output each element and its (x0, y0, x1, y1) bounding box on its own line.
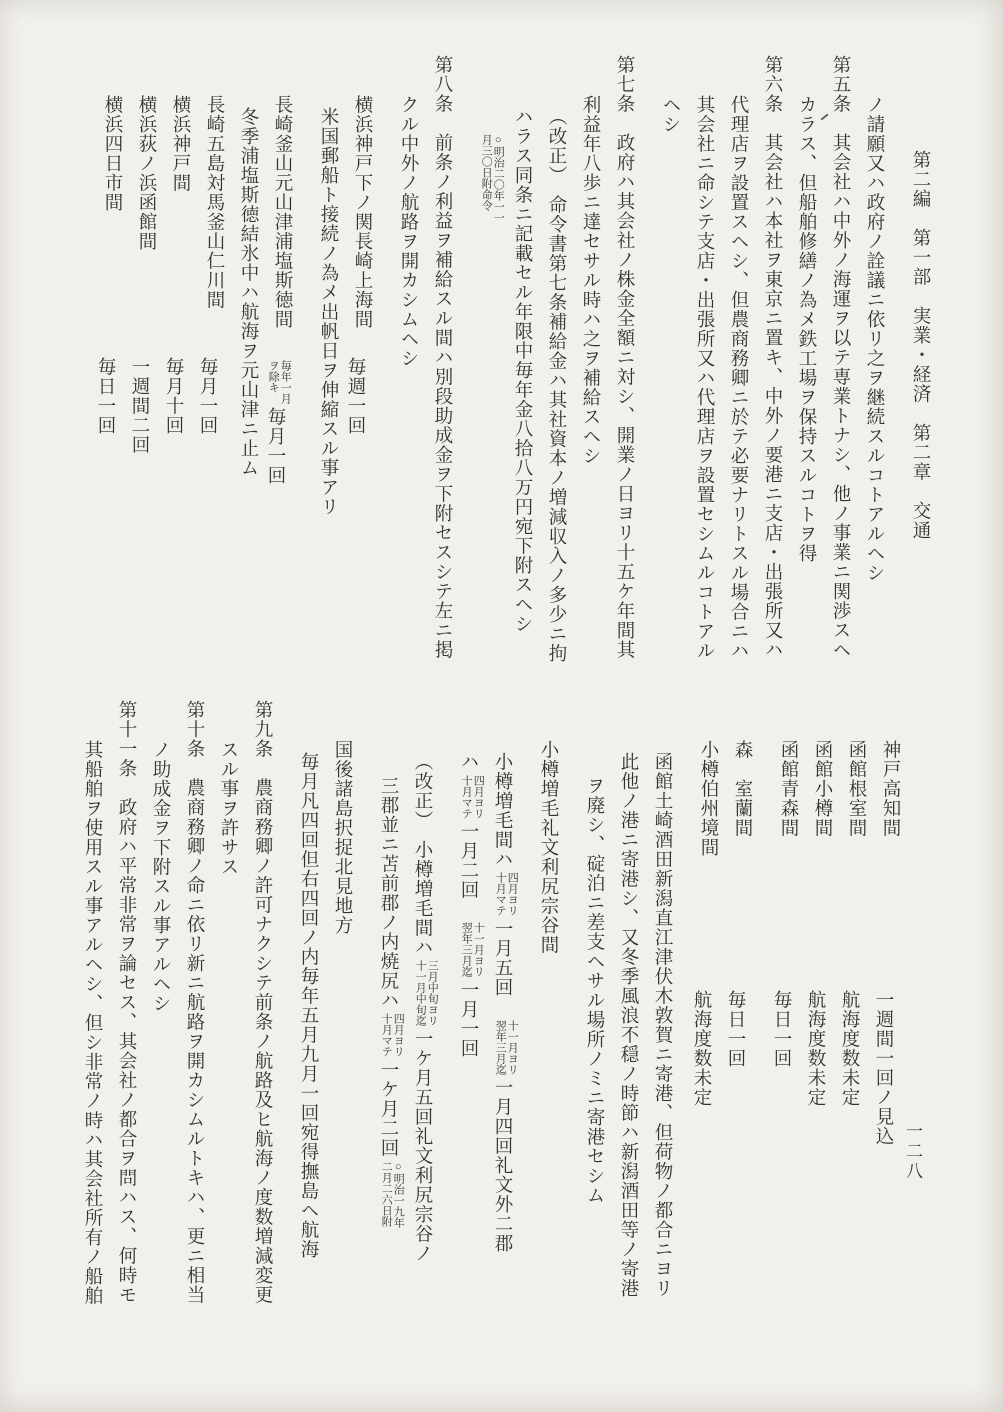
inline-small-note: 三月中旬ヨリ十一月中旬迄 (414, 960, 438, 1026)
route-column: 横浜神戸下ノ関長崎上海間毎週一回 (345, 55, 379, 677)
frequency-label: 航海度数未定 (684, 990, 718, 1107)
article-column: 第六条 其会社ハ本社ヲ東京ニ置キ、中外ノ要港ニ支店・出張所又ハ (755, 55, 789, 677)
route-column: 小樽増毛礼文利尻宗谷間 (531, 700, 565, 1338)
article-column: 第九条 農商務卿ノ許可ナクシテ前条ノ航路及ヒ航海ノ度数増減変更 (245, 700, 279, 1338)
note-column: 毎月凡四回但右四回ノ内毎年五月九月一回宛得撫島ヘ航海 (291, 700, 325, 1338)
page-header: 第二編 第一部 実業・経済 第二章 交通 (903, 55, 937, 677)
route-column: 小樽伯州境間航海度数未定 (691, 700, 725, 1338)
note-column: （改正） 命令書第七条補給金ハ其社資本ノ増減収入ノ多少ニ拘 (539, 55, 573, 677)
route-column: 函館根室間航海度数未定 (839, 700, 873, 1338)
text-column: ノ助成金ヲ下附スル事アルヘシ (143, 700, 177, 1338)
note-column: ヲ廃シ、碇泊ニ差支ヘサル場所ノミニ寄港セシム (577, 700, 611, 1338)
inline-small-note: 十一月ヨリ翌年三月迄 (494, 1020, 518, 1075)
frequency-label: 毎日一回 (88, 357, 122, 435)
note-column: 三郡並ニ苫前郡ノ内焼尻ハ四月ヨリ十月マテ一ケ月二回○明治一九年二月二六日附 (371, 700, 405, 1338)
article-column: 第十一条 政府ハ平常非常ヲ論セス、其会社ノ都合ヲ問ハス、何時モ (109, 700, 143, 1338)
text-column: スル事ヲ許サス (211, 700, 245, 1338)
article-column: 第七条 政府ハ其会社ノ株金全額ニ対シ、開業ノ日ヨリ十五ケ年間其 (607, 55, 641, 677)
text-column: 利益年八歩ニ達セサル時ハ之ヲ補給スヘシ (573, 55, 607, 677)
section-lower-text: 神戸高知間一週間一回ノ見込函館根室間航海度数未定函館小樽間航海度数未定函館青森間… (75, 700, 907, 1338)
note-column: ハラス同条ニ記載セル年限中毎年金八拾八万円宛下附スヘシ (505, 55, 539, 677)
inline-small-note: ○明治二〇年一一月三〇日附命令 (480, 134, 504, 223)
section-upper-text: 第二編 第一部 実業・経済 第二章 交通ノ請願又ハ政府ノ詮議ニ依リ之ヲ継続スルコ… (95, 55, 937, 677)
route-column: 横浜神戸間毎月十回 (163, 55, 197, 677)
route-column: 神戸高知間一週間一回ノ見込 (873, 700, 907, 1338)
route-column: 長崎五島対馬釜山仁川間毎月一回 (197, 55, 231, 677)
inline-small-note: 四月ヨリ十月マテ (380, 1013, 404, 1057)
note-column: 此他ノ港ニ寄港シ、又冬季風浪不穏ノ時節ハ新潟酒田等ノ寄港 (611, 700, 645, 1338)
text-column: 其船舶ヲ使用スル事アルヘシ、但シ非常ノ時ハ其会社所有ノ船舶 (75, 700, 109, 1338)
document-page: 第二編 第一部 実業・経済 第二章 交通ノ請願又ハ政府ノ詮議ニ依リ之ヲ継続スルコ… (0, 0, 1003, 1412)
frequency-label: 毎日一回 (764, 990, 798, 1068)
inline-small-note: 毎年一月ヲ除キ (267, 360, 291, 404)
text-column: 代理店ヲ設置スヘシ、但農商務卿ニ於テ必要ナリトスル場合ニハ (721, 55, 755, 677)
article-column: 第五条 其会社ハ中外ノ海運ヲ以テ専業トナシ、他ノ事業ニ関渉スヘ (823, 55, 857, 677)
note-column: 函館土崎酒田新潟直江津伏木敦賀ニ寄港、但荷物ノ都合ニヨリ (645, 700, 679, 1338)
text-column: 其会社ニ命シテ支店・出張所又ハ代理店ヲ設置セシムルコトアル (687, 55, 721, 677)
article-column: 第八条 前条ノ利益ヲ補給スル間ハ別段助成金ヲ下附セスシテ左ニ掲 (425, 55, 459, 677)
inline-small-note: 十一月ヨリ翌年三月迄 (460, 922, 484, 977)
route-column: 横浜荻ノ浜函館間一週間二回 (129, 55, 163, 677)
small-note-column: ○明治二〇年一一月三〇日附命令 (471, 55, 505, 677)
route-column: 函館小樽間航海度数未定 (805, 700, 839, 1338)
note-column: 冬季浦塩斯徳結氷中ハ航海ヲ元山津ニ止ム (231, 55, 265, 677)
route-column: 森 室蘭間毎日一回 (725, 700, 759, 1338)
inline-small-note: 四月ヨリ十月マテ (494, 872, 518, 916)
route-column: 国後諸島択捉北見地方 (325, 700, 359, 1338)
inline-small-note: ○明治一九年二月二六日附 (380, 1161, 404, 1228)
note-column: 小樽増毛間ハ四月ヨリ十月マテ一月五回 十一月ヨリ翌年三月迄一月四回礼文外二郡 (485, 700, 519, 1338)
note-column: ハ四月ヨリ十月マテ一月二回 十一月ヨリ翌年三月迄一月一回 (451, 700, 485, 1338)
text-column: ヘシ (653, 55, 687, 677)
text-column: カラス、但船舶修繕ノ為メ鉄工場ヲ保持スルコトヲ得 (789, 55, 823, 677)
route-column: 函館青森間毎日一回 (771, 700, 805, 1338)
inline-small-note: 四月ヨリ十月マテ (460, 775, 484, 819)
note-column: （改正） 小樽増毛間ハ三月中旬ヨリ十一月中旬迄一ケ月五回礼文利尻宗谷ノ (405, 700, 439, 1338)
note-column: 米国郵船ト接続ノ為メ出帆日ヲ伸縮スル事アリ (311, 55, 345, 677)
route-column: 横浜四日市間毎日一回 (95, 55, 129, 677)
page-number: 一二八 (900, 1122, 925, 1182)
article-column: 第十条 農商務卿ノ命ニ依リ新ニ航路ヲ開カシムルトキハ、更ニ相当 (177, 700, 211, 1338)
route-column: 長崎釜山元山津浦塩斯徳間毎年一月ヲ除キ毎月一回 (265, 55, 299, 677)
text-column: ノ請願又ハ政府ノ詮議ニ依リ之ヲ継続スルコトアルヘシ (857, 55, 891, 677)
text-column: クル中外ノ航路ヲ開カシムヘシ (391, 55, 425, 677)
